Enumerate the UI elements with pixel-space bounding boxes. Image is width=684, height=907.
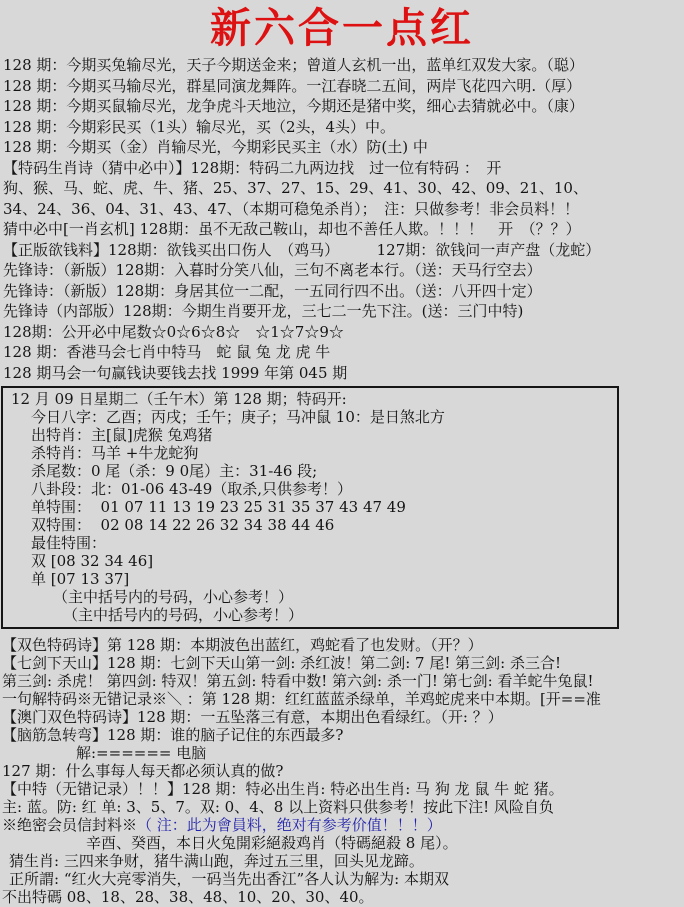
riddle-question-line: 127 期：什么事每人每天都必须认真的做? bbox=[0, 762, 684, 780]
riddle-question-line: 【脑筋急转弯】128 期：谁的脑子记住的东西最多? bbox=[0, 726, 684, 744]
tail-numbers-line: 128期：公开必中尾数☆0☆6☆8☆ ☆1☆7☆9☆ bbox=[0, 322, 684, 343]
special-code-solve-line: 一句解特码※无错记录※＼ ：第 128 期：红红蓝蓝杀绿单，羊鸡蛇虎来中本期。[… bbox=[0, 690, 684, 708]
even-range-line: 双特围： 02 08 14 22 26 32 34 38 44 46 bbox=[11, 516, 617, 534]
pioneer-poem-line: 先锋诗：（新版）128期：入暮时分笑八仙，三句不离老本行。（送：天马行空去） bbox=[0, 260, 684, 281]
bracket-note-line: （主中括号内的号码，小心参考！） bbox=[11, 588, 617, 606]
tip-line: 128 期：今期买鼠输尽光，龙争虎斗天地泣，今期还是猪中奖，细心去猜就必中。（康… bbox=[0, 96, 684, 117]
riddle-answer-line: 解:====== 电脑 bbox=[0, 744, 684, 762]
seven-swords-line: 【七剑下天山】128 期：七剑下天山第一剑: 杀红波！第二剑: 7 尾! 第三剑… bbox=[0, 654, 684, 672]
zodiac-number-line: 狗、猴、马、蛇、虎、牛、猪、25、37、27、15、29、41、30、42、09… bbox=[0, 178, 684, 199]
bottom-section: 【双色特码诗】第 128 期：本期波色出蓝红，鸡蛇看了也发财。（开？） 【七剑下… bbox=[0, 636, 684, 906]
kill-tail-line: 杀尾数：0 尾（杀：9 0尾）主：31-46 段; bbox=[11, 462, 617, 480]
draw-date-line: 12 月 09 日星期二（壬午木）第 128 期；特码开: bbox=[11, 390, 617, 408]
macau-poem-line: 【澳门双色特码诗】128 期：一五坠落三有意，本期出色看绿红。（开: ？） bbox=[0, 708, 684, 726]
zodiac-number-line: 34、24、36、04、31、43、47、（本期可稳兔杀肖）； 注：只做参考！非… bbox=[0, 199, 684, 220]
tip-line: 128 期：今期彩民买（1头）输尽光，买（2头，4头）中。 bbox=[0, 117, 684, 138]
bracket-note-line: （主中括号内的号码，小心参考！） bbox=[11, 606, 617, 624]
tips-section: 128 期：今期买兔输尽光，天子今期送金来；曾道人玄机一出，蓝单红双发大家。（聪… bbox=[0, 55, 684, 383]
member-note-blue-text: （ 注：此为會員料，绝对有参考价值！！！） bbox=[137, 816, 442, 834]
saying-line: 正所謂: “红火大亮零消失，一码当先出香江”各人认为解为: 本期双 bbox=[0, 870, 684, 888]
tip-line: 128 期：今期买（金）肖输尽光，今期彩民买主（水）防(土) 中 bbox=[0, 137, 684, 158]
draw-detail-box: 12 月 09 日星期二（壬午木）第 128 期；特码开: 今日八字：乙酉；丙戌… bbox=[1, 386, 619, 629]
tip-line: 128 期：今期买马输尽光，群星同演龙舞阵。一江春晓二五间，两岸飞花四六明.（厚… bbox=[0, 76, 684, 97]
two-color-poem-line: 【双色特码诗】第 128 期：本期波色出蓝红，鸡蛇看了也发财。（开？） bbox=[0, 636, 684, 654]
bazi-line: 今日八字：乙酉；丙戌；壬午；庚子；马冲鼠 10：是日煞北方 bbox=[11, 408, 617, 426]
tip-line: 猜中必中[一肖玄机] 128期：虽不无敌己鞍山，却也不善任人欺。！！！ 开 （？… bbox=[0, 219, 684, 240]
out-zodiac-line: 出特肖：主[鼠]虎猴 兔鸡猪 bbox=[11, 426, 617, 444]
money-verse-line: 128 期马会一句赢钱诀要钱去找 1999 年第 045 期 bbox=[0, 363, 684, 384]
secret-member-line: ※绝密会员信封料※（ 注：此为會員料，绝对有参考价值！！！） bbox=[0, 816, 684, 834]
best-even-line: 双 [08 32 34 46] bbox=[11, 552, 617, 570]
tip-line: 128 期：今期买兔输尽光，天子今期送金来；曾道人玄机一出，蓝单红双发大家。（聪… bbox=[0, 55, 684, 76]
excluded-numbers-line: 不出特碼 08、18、28、38、48、10、20、30、40。 bbox=[0, 888, 684, 906]
seven-zodiac-line: 128 期：香港马会七肖中特马 蛇 鼠 兔 龙 虎 牛 bbox=[0, 342, 684, 363]
lottery-tip-sheet: 新六合一点红 128 期：今期买兔输尽光，天子今期送金来；曾道人玄机一出，蓝单红… bbox=[0, 0, 684, 907]
best-range-label: 最佳特围： bbox=[11, 534, 617, 552]
kill-zodiac-line: 杀特肖：马羊 +牛龙蛇狗 bbox=[11, 444, 617, 462]
pioneer-poem-line: 先锋诗（内部版）128期：今期生肖要开龙，三七二一先下注。(送：三门中特) bbox=[0, 301, 684, 322]
zodiac-poem-header-line: 【特码生肖诗（猜中必中）】128期：特码二九两边找 过一位有特码 ： 开 bbox=[0, 158, 684, 179]
odd-range-line: 单特围： 01 07 11 13 19 23 25 31 35 37 43 47… bbox=[11, 498, 617, 516]
guess-zodiac-line: 猜生肖: 三四来争财，猪牛满山跑，奔过五三里，回头见龙蹄。 bbox=[0, 852, 684, 870]
best-odd-line: 单 [07 13 37] bbox=[11, 570, 617, 588]
main-guard-line: 主: 蓝。防: 红 单: 3、5、7。双: 0、4、8 以上资料只供参考！按此下… bbox=[0, 798, 684, 816]
tip-line: 【正版欲钱料】128期：欲钱买出口伤人 （鸡马） 127期：欲钱问一声产盘（龙蛇… bbox=[0, 240, 684, 261]
must-hit-zodiac-line: 【中特（无错记录）！！】128 期：特必出生肖: 特必出生肖: 马 狗 龙 鼠 … bbox=[0, 780, 684, 798]
secret-member-label: ※绝密会员信封料※ bbox=[2, 816, 137, 834]
bagua-line: 八卦段：北：01-06 43-49（取杀,只供参考！） bbox=[11, 480, 617, 498]
seven-swords-line: 第三剑: 杀虎！ 第四剑: 特双！第五剑: 特看中数! 第六剑: 杀一门! 第七… bbox=[0, 672, 684, 690]
page-title: 新六合一点红 bbox=[0, 0, 684, 55]
kill-rooster-line: 辛酉、癸酉，本日火兔開彩絕殺鸡肖（特碼絕殺 8 尾）。 bbox=[0, 834, 684, 852]
pioneer-poem-line: 先锋诗：（新版）128期：身居其位一二配，一五同行四不出。（送：八开四十定） bbox=[0, 281, 684, 302]
